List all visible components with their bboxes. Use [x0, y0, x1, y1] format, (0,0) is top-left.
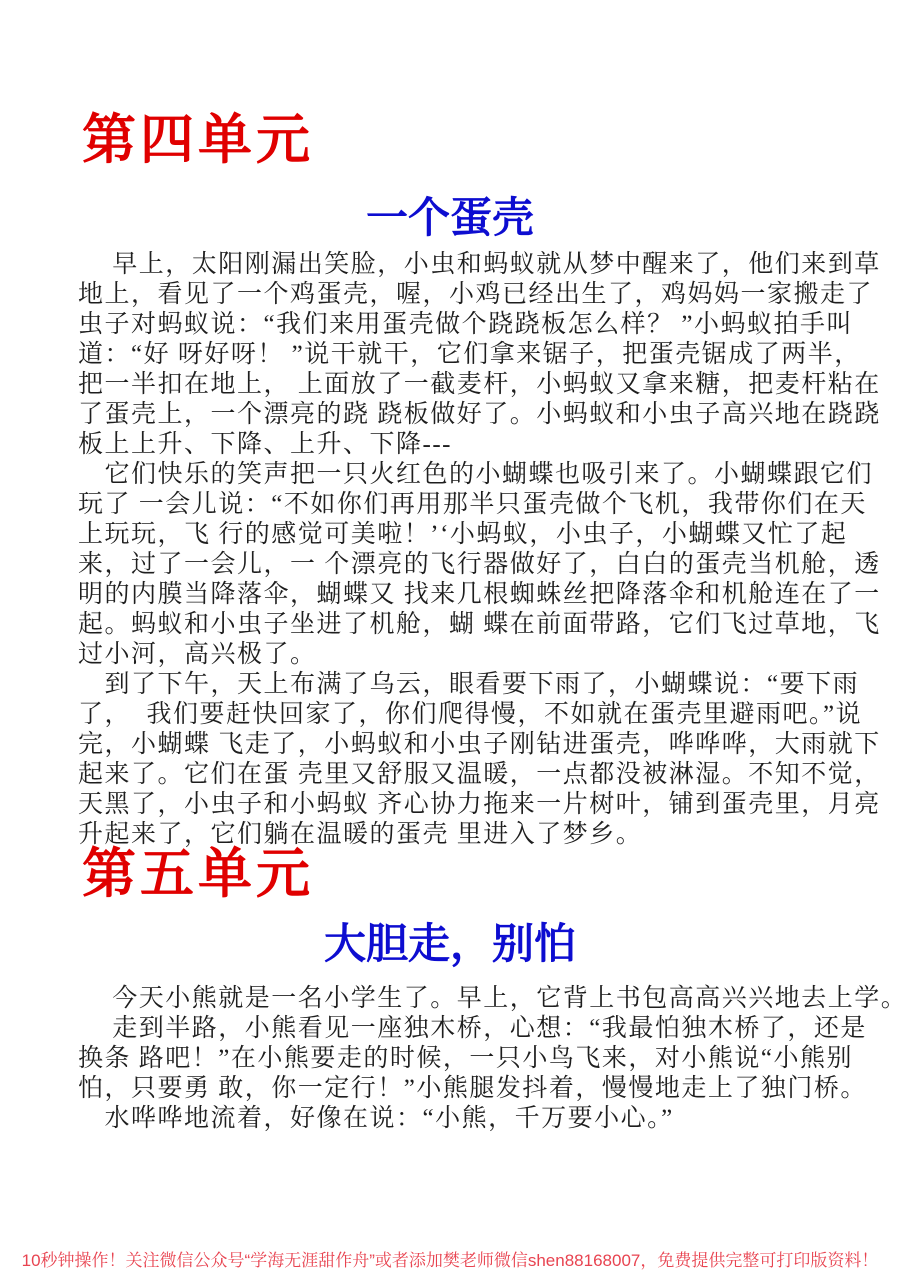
document-page: 第四单元 一个蛋壳 早上，太阳刚漏出笑脸，小虫和蚂蚁就从梦中醒来了，他们来到草 … [0, 0, 900, 1273]
unit5-lesson-title: 大胆走，别怕 [0, 920, 900, 968]
unit5-heading: 第五单元 [82, 844, 314, 904]
unit5-paragraph-1: 今天小熊就是一名小学生了。早上，它背上书包高高兴兴地去上学。 走到半路，小熊看见… [78, 984, 848, 1134]
unit4-paragraph-1: 早上，太阳刚漏出笑脸，小虫和蚂蚁就从梦中醒来了，他们来到草 地上，看见了一个鸡蛋… [78, 250, 848, 460]
unit4-paragraph-2: 它们快乐的笑声把一只火红色的小蝴蝶也吸引来了。小蝴蝶跟它们 玩了 一会儿说：“不… [78, 460, 848, 670]
unit4-lesson-title: 一个蛋壳 [0, 194, 900, 242]
unit4-heading: 第四单元 [82, 110, 314, 170]
footer-promo-notice: 10秒钟操作！关注微信公众号“学海无涯甜作舟”或者添加樊老师微信shen8816… [0, 1251, 900, 1271]
unit4-paragraph-3: 到了下午，天上布满了乌云，眼看要下雨了，小蝴蝶说：“要下雨 了， 我们要赶快回家… [78, 670, 848, 850]
